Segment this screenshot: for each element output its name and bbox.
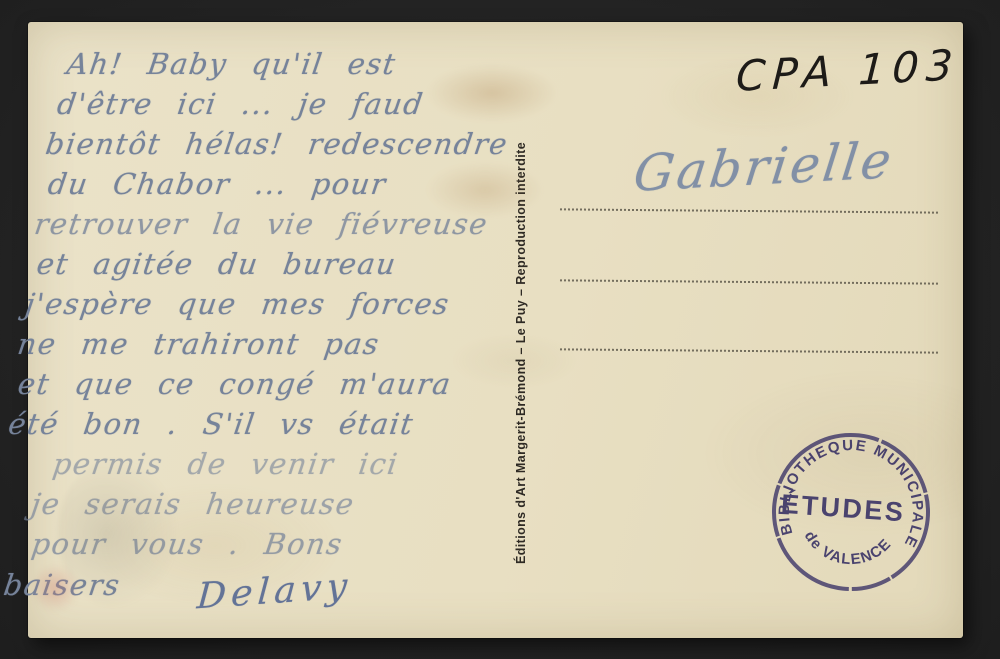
scan-background: Ah! Baby qu'il est d'être ici ... je fau… [0, 0, 1000, 659]
postcard-back: Ah! Baby qu'il est d'être ici ... je fau… [28, 22, 963, 638]
address-dotted-line [560, 206, 938, 213]
message-line: ne me trahiront pas [15, 324, 541, 364]
address-dotted-line [560, 346, 938, 353]
message-line: d'être ici ... je faud [55, 84, 575, 124]
message-line: et que ce congé m'aura [15, 364, 535, 404]
handwritten-message: Ah! Baby qu'il est d'être ici ... je fau… [0, 44, 580, 604]
message-closing: baisers [2, 568, 123, 602]
stamp-center-text: ÉTUDES [780, 488, 906, 528]
stamp-bottom-text: de VALENCE [798, 527, 896, 573]
catalog-number: CPA 103 [735, 40, 961, 101]
message-line: bientôt hélas! redescendre [43, 124, 569, 164]
message-line: pour vous . Bons [29, 524, 513, 564]
message-line: j'espère que mes forces [23, 284, 547, 324]
message-line: Ah! Baby qu'il est [64, 44, 580, 84]
publisher-credit: Éditions d'Art Margerit-Brémond – Le Puy… [514, 102, 540, 564]
sender-signature: Delavy [196, 567, 354, 618]
message-closing-line: baisersDelavy [1, 564, 507, 604]
message-line: je serais heureuse [29, 484, 519, 524]
message-line: et agitée du bureau [34, 244, 552, 284]
addressee-name: Gabrielle [631, 131, 898, 203]
library-stamp: BIBLIOTHEQUE MUNICIPALE de VALENCE ÉTUDE… [751, 412, 951, 612]
svg-text:de VALENCE: de VALENCE [798, 527, 896, 573]
message-line: permis de venir ici [50, 444, 524, 484]
message-line: été bon . S'il vs était [6, 404, 530, 444]
message-line: du Chabor ... pour [46, 164, 564, 204]
address-dotted-line [560, 277, 938, 284]
message-line: retrouver la vie fiévreuse [32, 204, 558, 244]
